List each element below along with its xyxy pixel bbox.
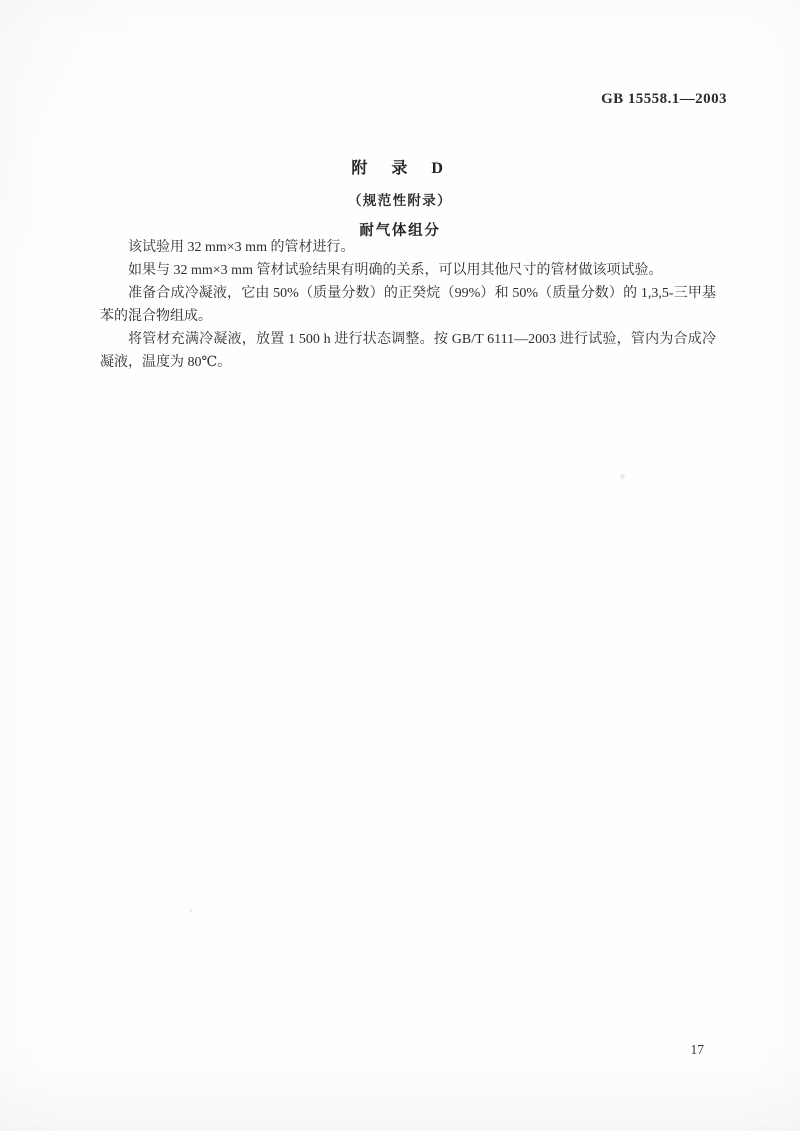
scan-speck — [189, 909, 192, 912]
appendix-title-block: 附 录 D （规范性附录） 耐气体组分 — [0, 155, 800, 240]
page-number: 17 — [691, 1042, 705, 1058]
appendix-title: 附 录 D — [0, 155, 800, 178]
paragraph-1: 该试验用 32 mm×3 mm 的管材进行。 — [100, 236, 716, 259]
document-code-header: GB 15558.1—2003 — [601, 91, 727, 108]
paragraph-2: 如果与 32 mm×3 mm 管材试验结果有明确的关系，可以用其他尺寸的管材做该… — [100, 259, 716, 282]
scanned-document-page: GB 15558.1—2003 附 录 D （规范性附录） 耐气体组分 该试验用… — [0, 0, 800, 1131]
appendix-subtitle: （规范性附录） — [0, 189, 800, 209]
body-text-block: 该试验用 32 mm×3 mm 的管材进行。 如果与 32 mm×3 mm 管材… — [100, 236, 716, 374]
paragraph-3: 准备合成冷凝液，它由 50%（质量分数）的正癸烷（99%）和 50%（质量分数）… — [100, 282, 716, 328]
scan-speck — [620, 474, 625, 479]
paragraph-4: 将管材充满冷凝液，放置 1 500 h 进行状态调整。按 GB/T 6111—2… — [100, 328, 716, 374]
